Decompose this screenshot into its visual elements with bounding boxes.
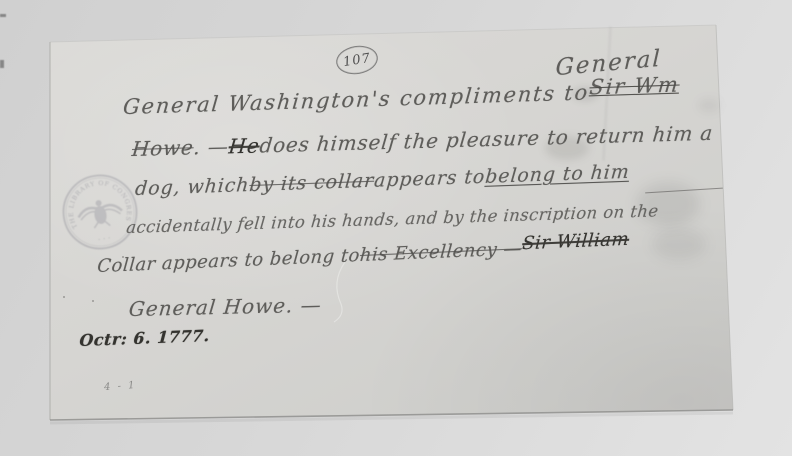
line2-howe: Howe (131, 137, 195, 159)
eagle-icon (76, 197, 124, 231)
line3-underlined-belong: belong to him (484, 163, 630, 187)
line5-struck-sir-william: Sir William (522, 231, 630, 254)
pencil-annotation-text: 4 - 1 (104, 380, 137, 393)
letter-line-6: General Howe. — (128, 295, 323, 319)
line3-struck-collar: by its collar (249, 172, 375, 195)
ink-speck (92, 300, 94, 302)
scan-edge-mark (0, 14, 6, 17)
line3-text-b: appears to (373, 168, 486, 191)
scanned-letter-image: THE LIBRARY OF CONGRESS · · · 107 Genera… (0, 0, 792, 456)
line2-struck-he: He (228, 135, 261, 156)
line2-dash: . — (193, 136, 230, 157)
library-of-congress-stamp: THE LIBRARY OF CONGRESS · · · (43, 155, 157, 269)
pencil-annotation: 4 - 1 (104, 380, 137, 393)
ink-speck (63, 296, 65, 298)
line1-struck-sir-wm: Sir Wm (589, 75, 681, 99)
line6-text: General Howe. — (128, 295, 323, 319)
scan-edge-mark (0, 60, 4, 68)
stamp-bottom-marks: · · · (97, 234, 111, 245)
page-number: 107 (342, 50, 372, 69)
line3-text-a: dog, which (134, 176, 250, 199)
